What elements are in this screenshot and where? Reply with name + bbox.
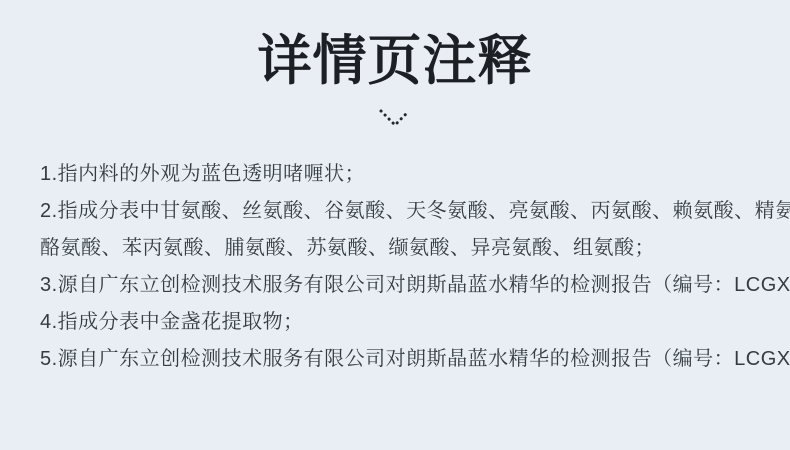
note-line: 4.指成分表中金盏花提取物；	[40, 304, 754, 341]
page-title: 详情页注释	[0, 0, 790, 90]
notes-list: 1.指内料的外观为蓝色透明啫喱状； 2.指成分表中甘氨酸、丝氨酸、谷氨酸、天冬氨…	[0, 132, 790, 378]
note-line: 酪氨酸、苯丙氨酸、脯氨酸、苏氨酸、缬氨酸、异亮氨酸、组氨酸；	[40, 230, 754, 267]
note-line: 2.指成分表中甘氨酸、丝氨酸、谷氨酸、天冬氨酸、亮氨酸、丙氨酸、赖氨酸、精氨酸、	[40, 193, 754, 230]
chevron-down-icon	[0, 108, 790, 132]
note-line: 3.源自广东立创检测技术服务有限公司对朗斯晶蓝水精华的检测报告（编号：LCGX2…	[40, 267, 754, 304]
note-line: 1.指内料的外观为蓝色透明啫喱状；	[40, 156, 754, 193]
detail-page-notes-section: 详情页注释 1.指内料的外观为蓝色透明啫喱状； 2.指成分表中甘氨酸、丝氨酸、谷…	[0, 0, 790, 450]
note-line: 5.源自广东立创检测技术服务有限公司对朗斯晶蓝水精华的检测报告（编号：LCGX2…	[40, 341, 754, 378]
